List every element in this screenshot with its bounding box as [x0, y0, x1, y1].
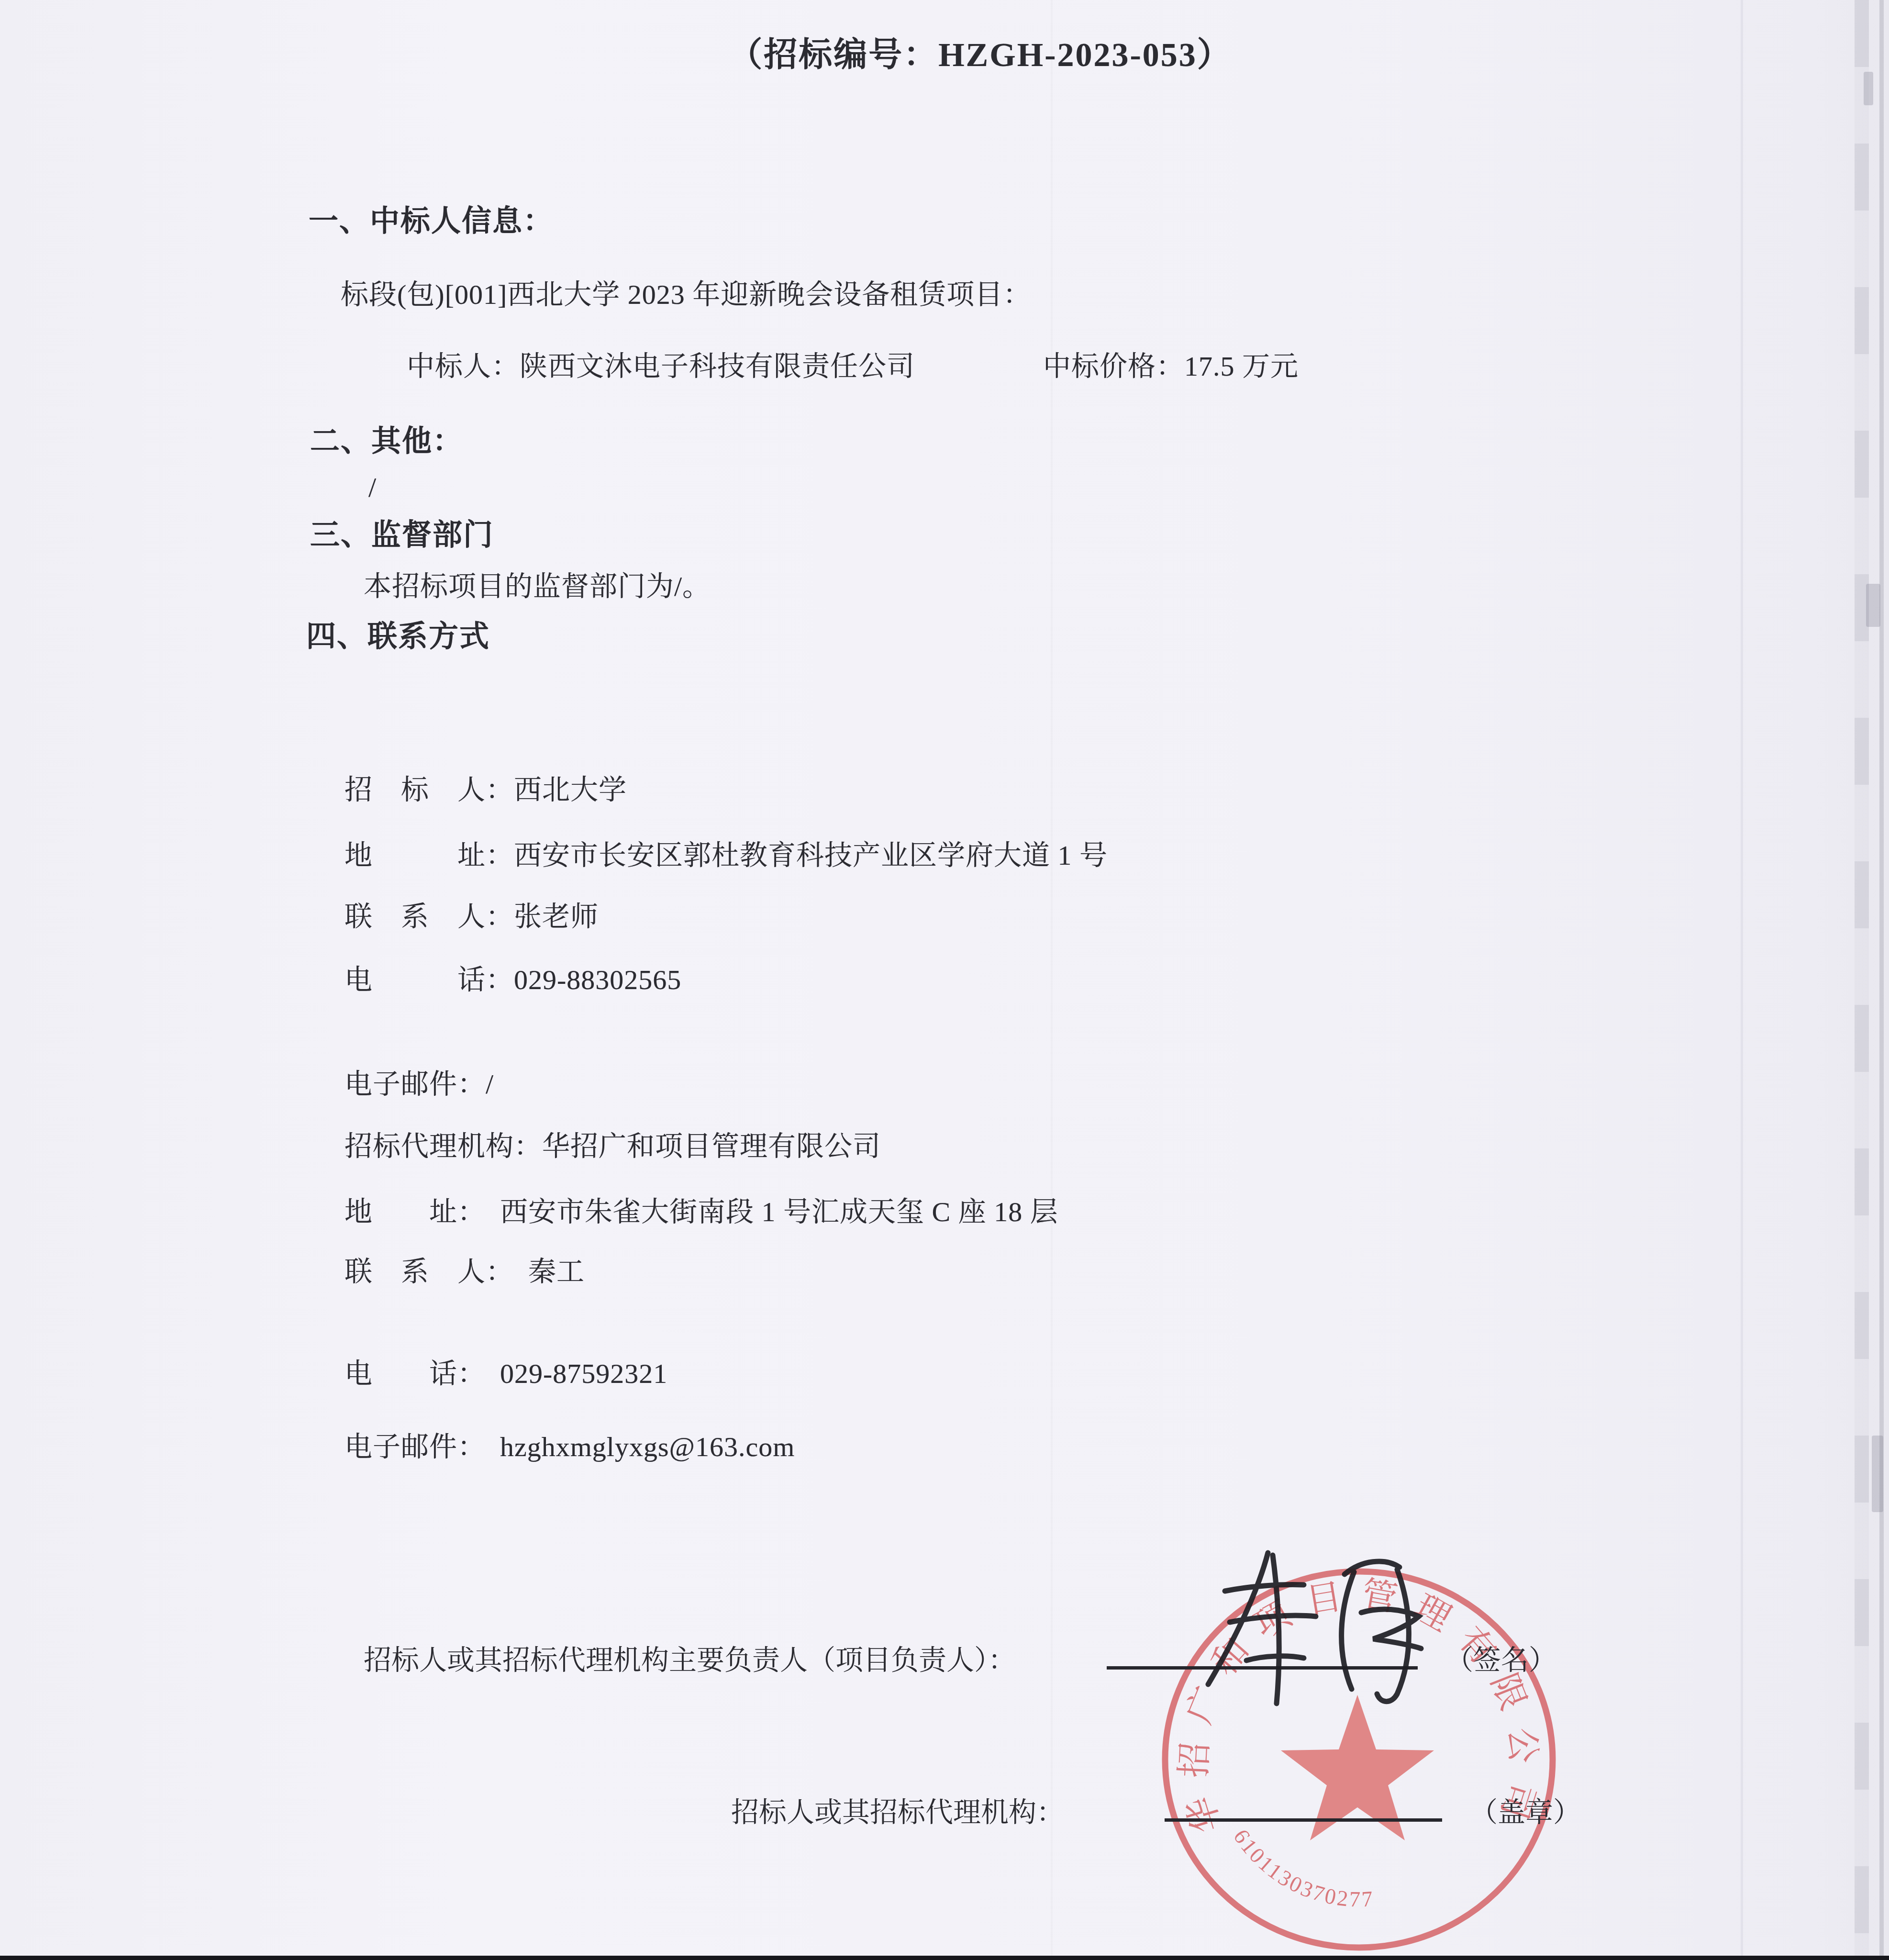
contact-label: 电子邮件：	[344, 1069, 486, 1100]
section3-heading: 三、监督部门	[310, 511, 494, 554]
contact-row-agency-address: 地 址： 西安市朱雀大街南段 1 号汇成天玺 C 座 18 层	[344, 1189, 1058, 1229]
contact-value: /	[486, 1069, 494, 1100]
scan-smudge	[1866, 584, 1880, 627]
contact-row-email: 电子邮件：/	[344, 1061, 494, 1102]
agency-seal-row: 招标人或其招标代理机构：（盖章）	[731, 1790, 1581, 1830]
handwritten-signature	[1196, 1546, 1464, 1708]
contact-row-agency-phone: 电 话： 029-87592321	[344, 1351, 667, 1391]
contact-row-phone: 电 话：029-88302565	[344, 957, 681, 997]
scan-streak	[1741, 0, 1743, 1960]
contact-row-agency: 招标代理机构：华招广和项目管理有限公司	[344, 1124, 881, 1164]
contact-label: 联 系 人：	[344, 901, 514, 932]
scan-bottom-edge	[0, 1956, 1889, 1960]
section4-heading: 四、联系方式	[306, 612, 490, 655]
winner-label: 中标人：	[407, 351, 520, 382]
contact-value: 西安市长安区郭杜教育科技产业区学府大道 1 号	[514, 840, 1108, 871]
section2-value: /	[368, 471, 377, 503]
contact-label: 联 系 人：	[344, 1256, 528, 1287]
section1-heading: 一、中标人信息：	[309, 197, 554, 240]
price-value: 17.5 万元	[1184, 351, 1299, 382]
contact-row-contact-person: 联 系 人：张老师	[344, 894, 599, 934]
contact-label: 招 标 人：	[344, 774, 514, 805]
contact-value: 029-88302565	[514, 964, 681, 995]
winner-line: 中标人：陕西文沐电子科技有限责任公司中标价格：17.5 万元	[407, 344, 1299, 384]
contact-value: 西北大学	[514, 774, 627, 805]
contact-label: 地 址：	[344, 1196, 500, 1227]
scan-smudge	[1872, 1436, 1883, 1512]
seal-blank-line	[1165, 1793, 1442, 1822]
price-label: 中标价格：	[1043, 351, 1184, 382]
contact-row-tenderer: 招 标 人：西北大学	[344, 767, 627, 807]
contact-label: 地 址：	[344, 840, 514, 871]
contact-label: 电子邮件：	[344, 1431, 500, 1462]
scan-streak	[1855, 0, 1869, 1960]
contact-value: 秦工	[528, 1256, 585, 1287]
winner-value: 陕西文沐电子科技有限责任公司	[520, 351, 915, 382]
contact-label: 电 话：	[344, 1358, 500, 1389]
section2-heading: 二、其他：	[310, 417, 463, 460]
lot-line: 标段(包)[001]西北大学 2023 年迎新晚会设备租赁项目：	[341, 272, 1031, 312]
contact-value: 西安市朱雀大街南段 1 号汇成天玺 C 座 18 层	[500, 1196, 1058, 1227]
document-page: （招标编号：HZGH-2023-053） 一、中标人信息： 标段(包)[001]…	[0, 0, 1889, 1960]
responsible-label: 招标人或其招标代理机构主要负责人（项目负责人）：	[364, 1645, 1016, 1676]
agency-label: 招标人或其招标代理机构：	[731, 1797, 1064, 1828]
contact-label: 电 话：	[344, 964, 514, 995]
contact-row-agency-person: 联 系 人： 秦工	[344, 1249, 585, 1289]
contact-value: hzghxmglyxgs@163.com	[500, 1431, 795, 1462]
contact-value: 华招广和项目管理有限公司	[542, 1131, 881, 1162]
scan-smudge	[1864, 72, 1873, 105]
contact-value: 张老师	[514, 901, 599, 932]
seal-number-text: 6101130370277	[1229, 1825, 1375, 1912]
tender-number-line: （招标编号：HZGH-2023-053）	[0, 28, 1889, 76]
scan-streak	[1879, 0, 1884, 1960]
contact-label: 招标代理机构：	[344, 1131, 542, 1162]
contact-row-agency-email: 电子邮件： hzghxmglyxgs@163.com	[344, 1424, 795, 1464]
section3-body: 本招标项目的监督部门为/。	[364, 564, 711, 604]
contact-row-address: 地 址：西安市长安区郭杜教育科技产业区学府大道 1 号	[344, 833, 1108, 873]
contact-value: 029-87592321	[500, 1358, 667, 1389]
seal-suffix: （盖章）	[1470, 1797, 1581, 1828]
